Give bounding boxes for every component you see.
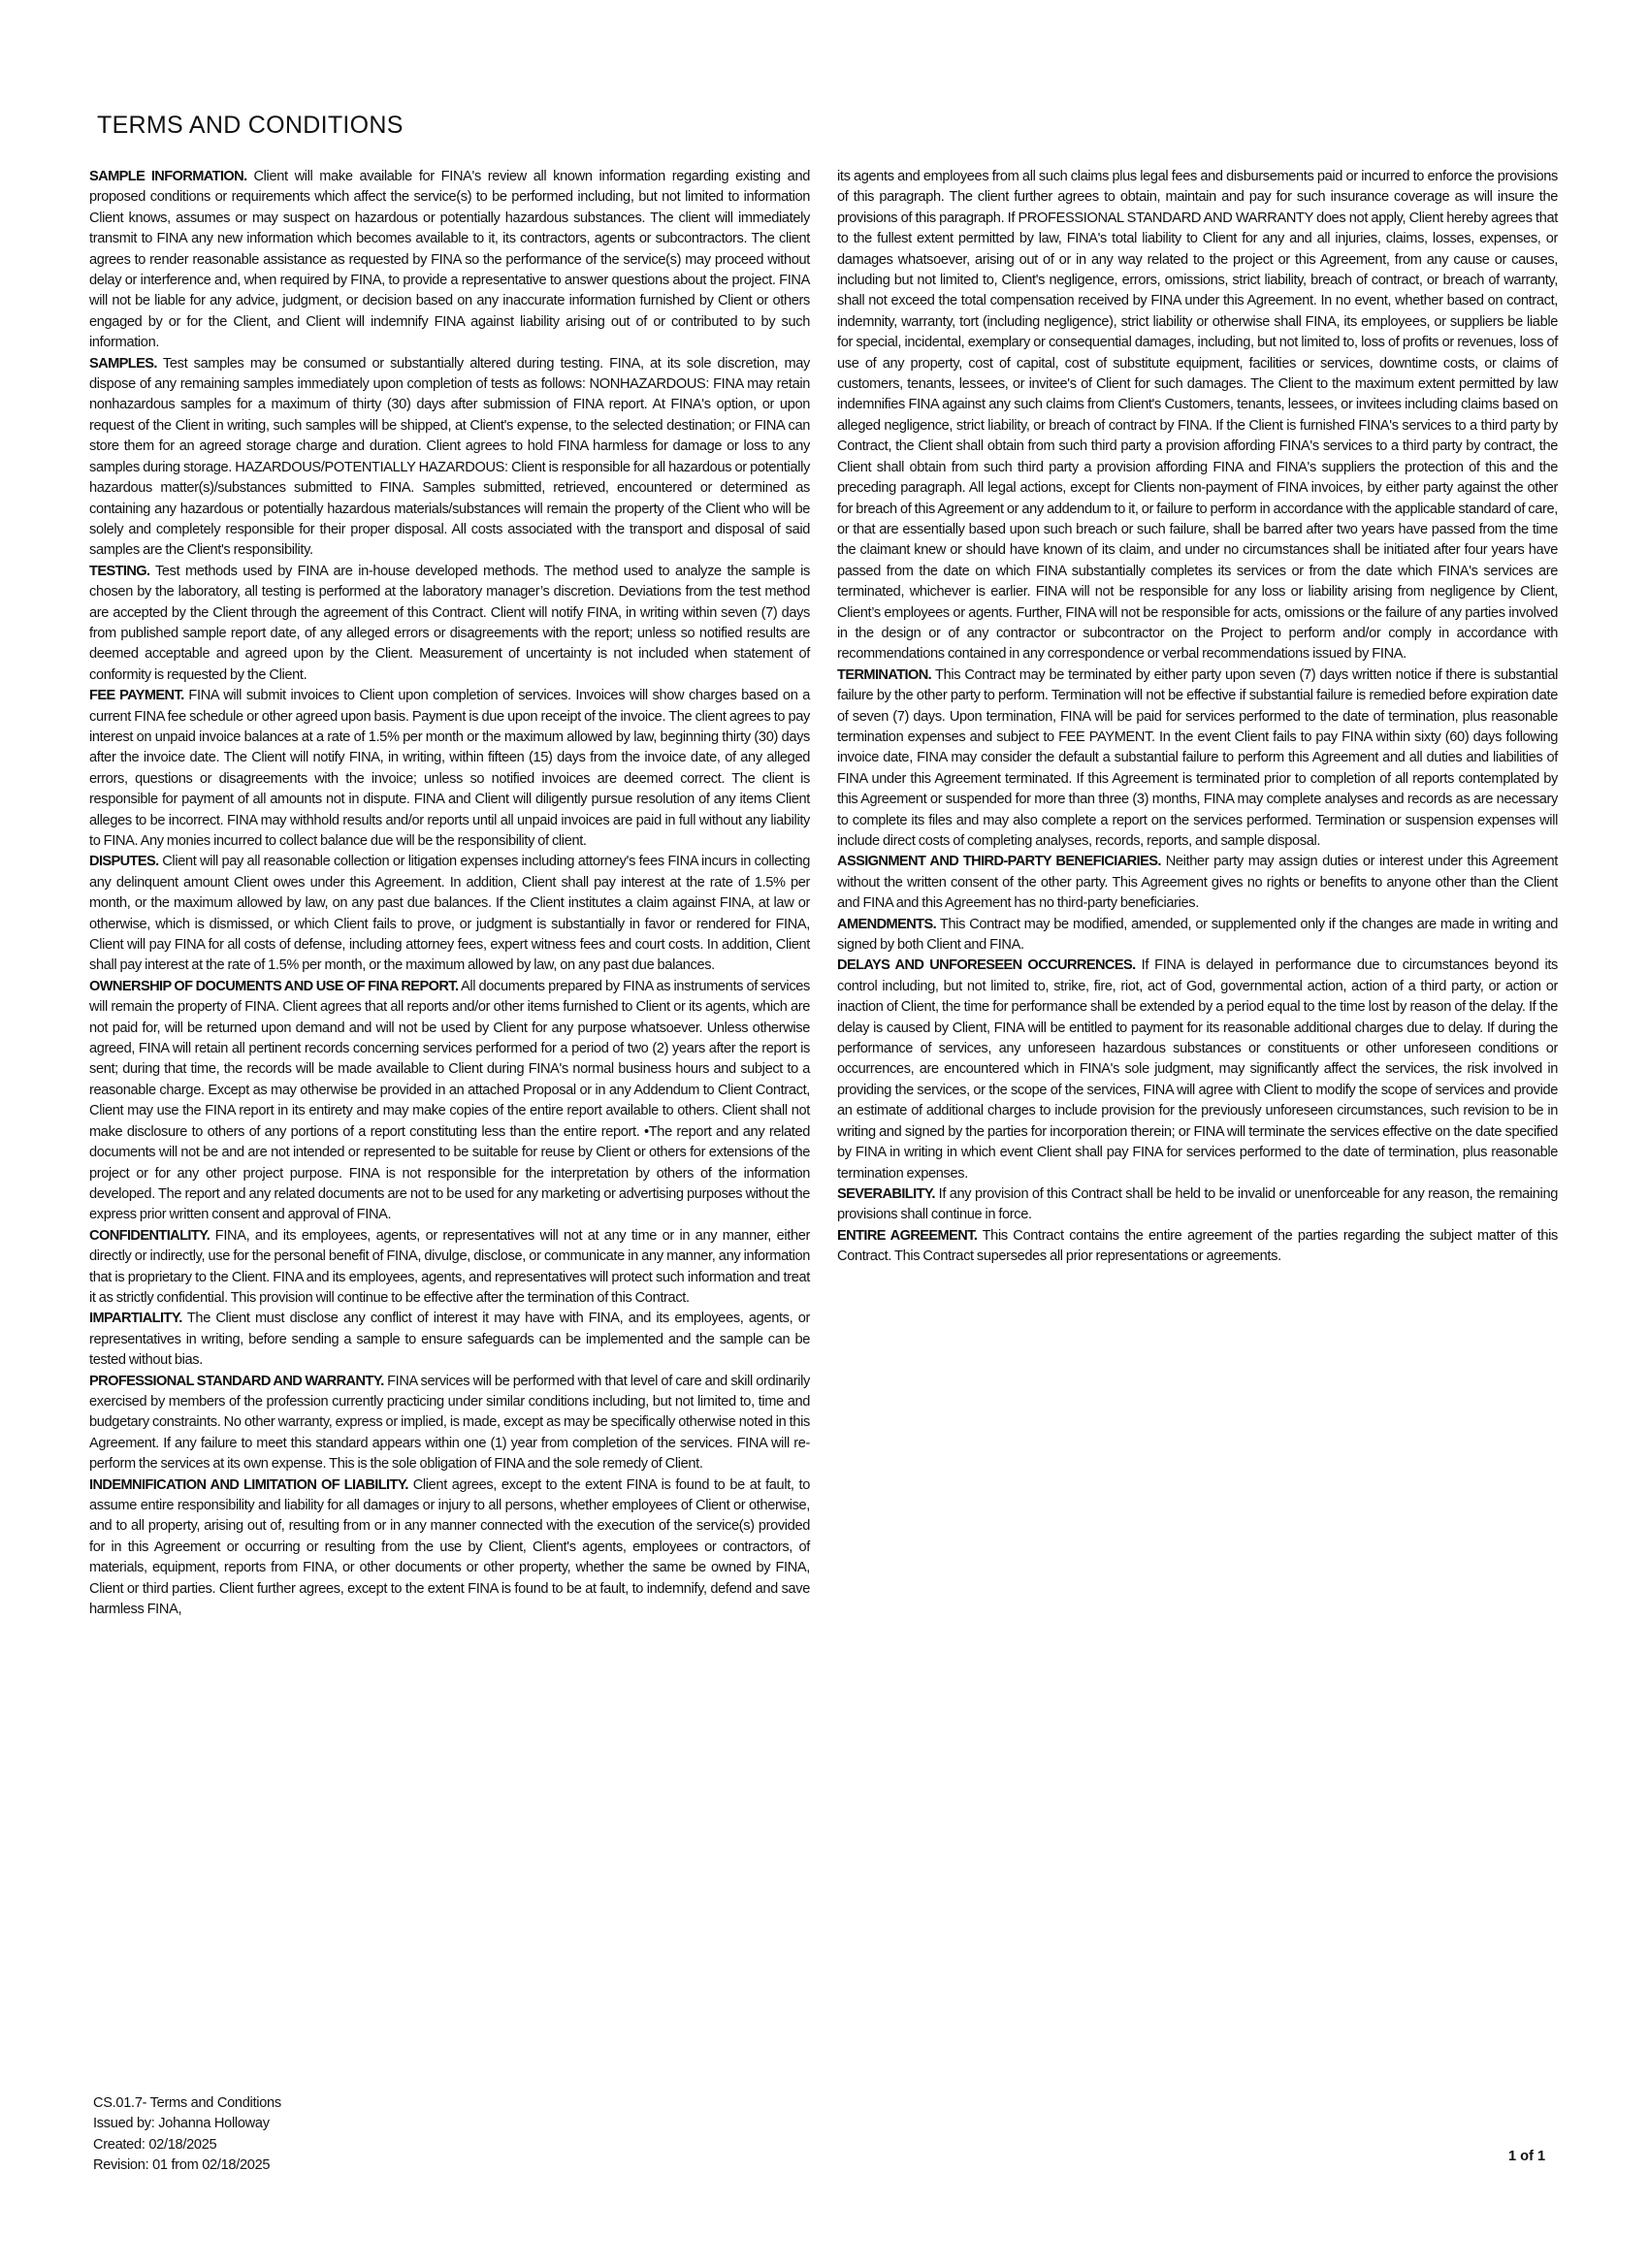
clause-heading: OWNERSHIP OF DOCUMENTS AND USE OF FINA R… <box>89 979 458 994</box>
clause-impartiality: IMPARTIALITY. The Client must disclose a… <box>89 1309 810 1371</box>
clause-heading: DELAYS AND UNFORESEEN OCCURRENCES. <box>837 957 1136 973</box>
clause-indemnification-continued: its agents and employees from all such c… <box>837 167 1558 665</box>
right-column: its agents and employees from all such c… <box>837 167 1558 1268</box>
clause-ownership-of-documents: OWNERSHIP OF DOCUMENTS AND USE OF FINA R… <box>89 977 810 1226</box>
clause-body: If FINA is delayed in performance due to… <box>837 957 1558 1181</box>
clause-body: Client will make available for FINA's re… <box>89 169 810 350</box>
clause-body: All documents prepared by FINA as instru… <box>89 979 810 1222</box>
clause-heading: PROFESSIONAL STANDARD AND WARRANTY. <box>89 1374 384 1389</box>
clause-heading: TESTING. <box>89 564 150 579</box>
page-title: TERMS AND CONDITIONS <box>97 112 404 140</box>
clause-fee-payment: FEE PAYMENT. FINA will submit invoices t… <box>89 686 810 852</box>
clause-body: FINA will submit invoices to Client upon… <box>89 688 810 849</box>
clause-severability: SEVERABILITY. If any provision of this C… <box>837 1184 1558 1226</box>
clause-body: This Contract may be terminated by eithe… <box>837 667 1558 849</box>
clause-heading: IMPARTIALITY. <box>89 1311 182 1326</box>
clause-heading: TERMINATION. <box>837 667 931 683</box>
page-number: 1 of 1 <box>1508 2149 1545 2164</box>
clause-body: If any provision of this Contract shall … <box>837 1186 1558 1222</box>
clause-entire-agreement: ENTIRE AGREEMENT. This Contract contains… <box>837 1226 1558 1268</box>
clause-heading: SEVERABILITY. <box>837 1186 935 1202</box>
clause-termination: TERMINATION. This Contract may be termin… <box>837 665 1558 853</box>
clause-body: Client agrees, except to the extent FINA… <box>89 1477 810 1617</box>
clause-delays: DELAYS AND UNFORESEEN OCCURRENCES. If FI… <box>837 956 1558 1183</box>
clause-heading: SAMPLE INFORMATION. <box>89 169 247 184</box>
clause-body: The Client must disclose any conflict of… <box>89 1311 810 1368</box>
clause-body: Test methods used by FINA are in-house d… <box>89 564 810 683</box>
clause-heading: ENTIRE AGREEMENT. <box>837 1228 977 1244</box>
left-column: SAMPLE INFORMATION. Client will make ava… <box>89 167 810 1620</box>
clause-samples: SAMPLES. Test samples may be consumed or… <box>89 354 810 562</box>
clause-heading: CONFIDENTIALITY. <box>89 1228 210 1244</box>
clause-body: Test samples may be consumed or substant… <box>89 356 810 559</box>
clause-heading: AMENDMENTS. <box>837 917 936 932</box>
document-footer: CS.01.7- Terms and Conditions Issued by:… <box>93 2093 281 2177</box>
issued-by: Issued by: Johanna Holloway <box>93 2114 281 2134</box>
clause-confidentiality: CONFIDENTIALITY. FINA, and its employees… <box>89 1226 810 1310</box>
clause-heading: ASSIGNMENT AND THIRD-PARTY BENEFICIARIES… <box>837 854 1161 869</box>
clause-professional-standard: PROFESSIONAL STANDARD AND WARRANTY. FINA… <box>89 1372 810 1475</box>
clause-heading: INDEMNIFICATION AND LIMITATION OF LIABIL… <box>89 1477 408 1493</box>
revision: Revision: 01 from 02/18/2025 <box>93 2155 281 2176</box>
clause-body: This Contract may be modified, amended, … <box>837 917 1558 953</box>
clause-heading: SAMPLES. <box>89 356 157 372</box>
clause-amendments: AMENDMENTS. This Contract may be modifie… <box>837 915 1558 956</box>
doc-code: CS.01.7- Terms and Conditions <box>93 2093 281 2114</box>
clause-sample-information: SAMPLE INFORMATION. Client will make ava… <box>89 167 810 354</box>
clause-indemnification: INDEMNIFICATION AND LIMITATION OF LIABIL… <box>89 1475 810 1621</box>
created-date: Created: 02/18/2025 <box>93 2135 281 2155</box>
clause-assignment: ASSIGNMENT AND THIRD-PARTY BENEFICIARIES… <box>837 852 1558 914</box>
clause-heading: FEE PAYMENT. <box>89 688 184 703</box>
clause-body: its agents and employees from all such c… <box>837 169 1558 662</box>
clause-body: Client will pay all reasonable collectio… <box>89 854 810 973</box>
clause-disputes: DISPUTES. Client will pay all reasonable… <box>89 852 810 976</box>
clause-testing: TESTING. Test methods used by FINA are i… <box>89 562 810 686</box>
clause-heading: DISPUTES. <box>89 854 159 869</box>
